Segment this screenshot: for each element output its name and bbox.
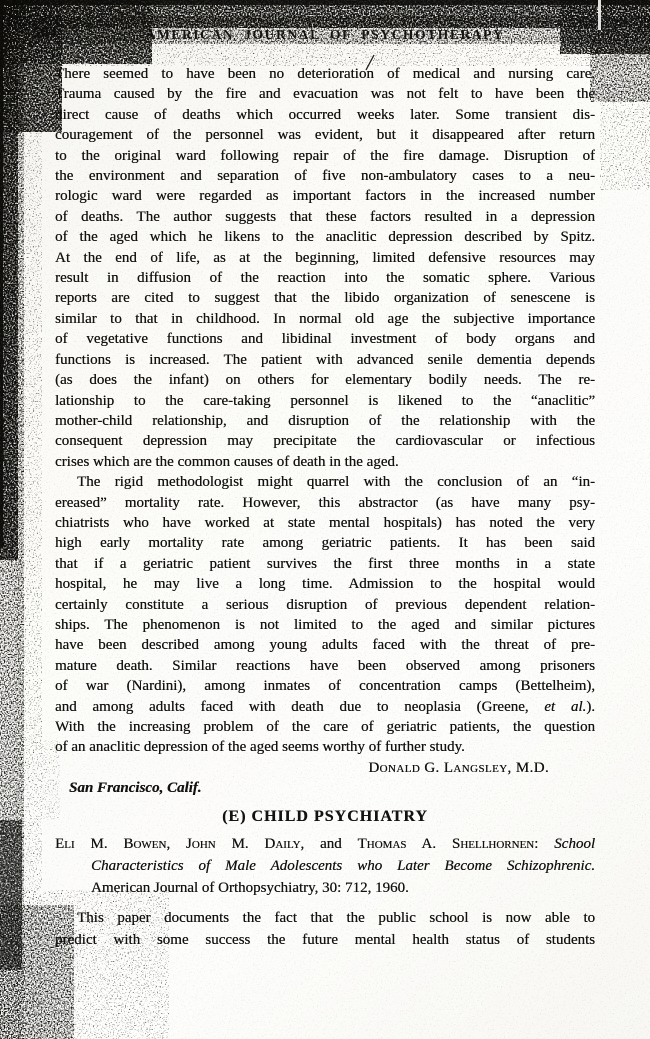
text-line: high early mortality rate among geriatri… bbox=[55, 533, 595, 553]
section-heading: (E) CHILD PSYCHIATRY bbox=[55, 807, 595, 827]
citation-block: Eli M. Bowen, John M. Daily, and Thomas … bbox=[55, 833, 595, 899]
text-line: hospital, he may live a long time. Admis… bbox=[55, 574, 595, 594]
text-line: of an anaclitic depression of the aged s… bbox=[55, 737, 595, 757]
text-line: that if a geriatric patient survives the… bbox=[55, 554, 595, 574]
text-line: consequent depression may precipitate th… bbox=[55, 431, 595, 451]
text-line: reports are cited to suggest that the li… bbox=[55, 288, 595, 308]
abstract-paragraph-1: There seemed to have been no deteriorati… bbox=[55, 64, 595, 472]
body-column: There seemed to have been no deteriorati… bbox=[55, 64, 595, 951]
text-line: the environment and separation of five n… bbox=[55, 166, 595, 186]
text-line: This paper documents the fact that the p… bbox=[55, 907, 595, 929]
citation-title-start: School bbox=[554, 836, 595, 852]
citation-separator: : bbox=[534, 836, 554, 852]
text-line: With the increasing problem of the care … bbox=[55, 717, 595, 737]
text-line: At the end of life, as at the beginning,… bbox=[55, 248, 595, 268]
text-line: of vegetative functions and libidinal in… bbox=[55, 329, 595, 349]
citation-author-names: Thomas A. Shellhornen bbox=[358, 836, 535, 852]
reviewer-location: San Francisco, Calif. bbox=[55, 778, 595, 798]
text-line: crises which are the common causes of de… bbox=[55, 452, 595, 472]
citation-author-names: Eli M. Bowen, John M. Daily, bbox=[55, 836, 320, 852]
text-line: certainly constitute a serious disruptio… bbox=[55, 595, 595, 615]
text-line: There seemed to have been no deteriorati… bbox=[55, 64, 595, 84]
text-line: chiatrists who have worked at state ment… bbox=[55, 513, 595, 533]
page-number: 504 bbox=[33, 25, 57, 42]
text-line: of deaths. The author suggests that thes… bbox=[55, 207, 595, 227]
text-line: direct cause of deaths which occurred we… bbox=[55, 105, 595, 125]
text-line: The rigid methodologist might quarrel wi… bbox=[55, 472, 595, 492]
text-line: similar to that in childhood. In normal … bbox=[55, 309, 595, 329]
text-line: mature death. Similar reactions have bee… bbox=[55, 656, 595, 676]
citation-authors-line: Eli M. Bowen, John M. Daily, and Thomas … bbox=[55, 833, 595, 855]
text-segment: and among adults faced with death due to… bbox=[55, 699, 544, 715]
journal-running-head: AMERICAN JOURNAL OF PSYCHOTHERAPY bbox=[60, 27, 590, 43]
text-line: mother-child relationship, and disruptio… bbox=[55, 411, 595, 431]
text-line: have been described among young adults f… bbox=[55, 635, 595, 655]
citation-source-line: American Journal of Orthopsychiatry, 30:… bbox=[55, 877, 595, 899]
review-paragraph: This paper documents the fact that the p… bbox=[55, 907, 595, 951]
text-line: ereased” mortality rate. However, this a… bbox=[55, 493, 595, 513]
text-line: lationship to the care-taking personnel … bbox=[55, 391, 595, 411]
text-line: ships. The phenomenon is not limited to … bbox=[55, 615, 595, 635]
text-line: Trauma caused by the fire and evacuation… bbox=[55, 84, 595, 104]
text-line: functions is increased. The patient with… bbox=[55, 350, 595, 370]
text-line: to the original ward following repair of… bbox=[55, 146, 595, 166]
citation-and: and bbox=[320, 836, 358, 852]
citation-title-line: Characteristics of Male Adolescents who … bbox=[55, 855, 595, 877]
text-line: predict with some success the future men… bbox=[55, 929, 595, 951]
text-line: (as does the infant) on others for eleme… bbox=[55, 370, 595, 390]
reviewer-signature: Donald G. Langsley, M.D. bbox=[55, 758, 595, 778]
text-line: of war (Nardini), among inmates of conce… bbox=[55, 676, 595, 696]
text-line: of the aged which he likens to the anacl… bbox=[55, 227, 595, 247]
scanned-journal-page: 504 AMERICAN JOURNAL OF PSYCHOTHERAPY Th… bbox=[0, 0, 650, 1039]
text-line: result in diffusion of the reaction into… bbox=[55, 268, 595, 288]
text-line: rologic ward were regarded as important … bbox=[55, 186, 595, 206]
text-line: couragement of the personnel was evident… bbox=[55, 125, 595, 145]
text-line: and among adults faced with death due to… bbox=[55, 697, 595, 717]
text-segment: ). bbox=[586, 699, 595, 715]
abstract-paragraph-2: The rigid methodologist might quarrel wi… bbox=[55, 472, 595, 758]
latin-phrase-italic: et al. bbox=[544, 699, 586, 715]
